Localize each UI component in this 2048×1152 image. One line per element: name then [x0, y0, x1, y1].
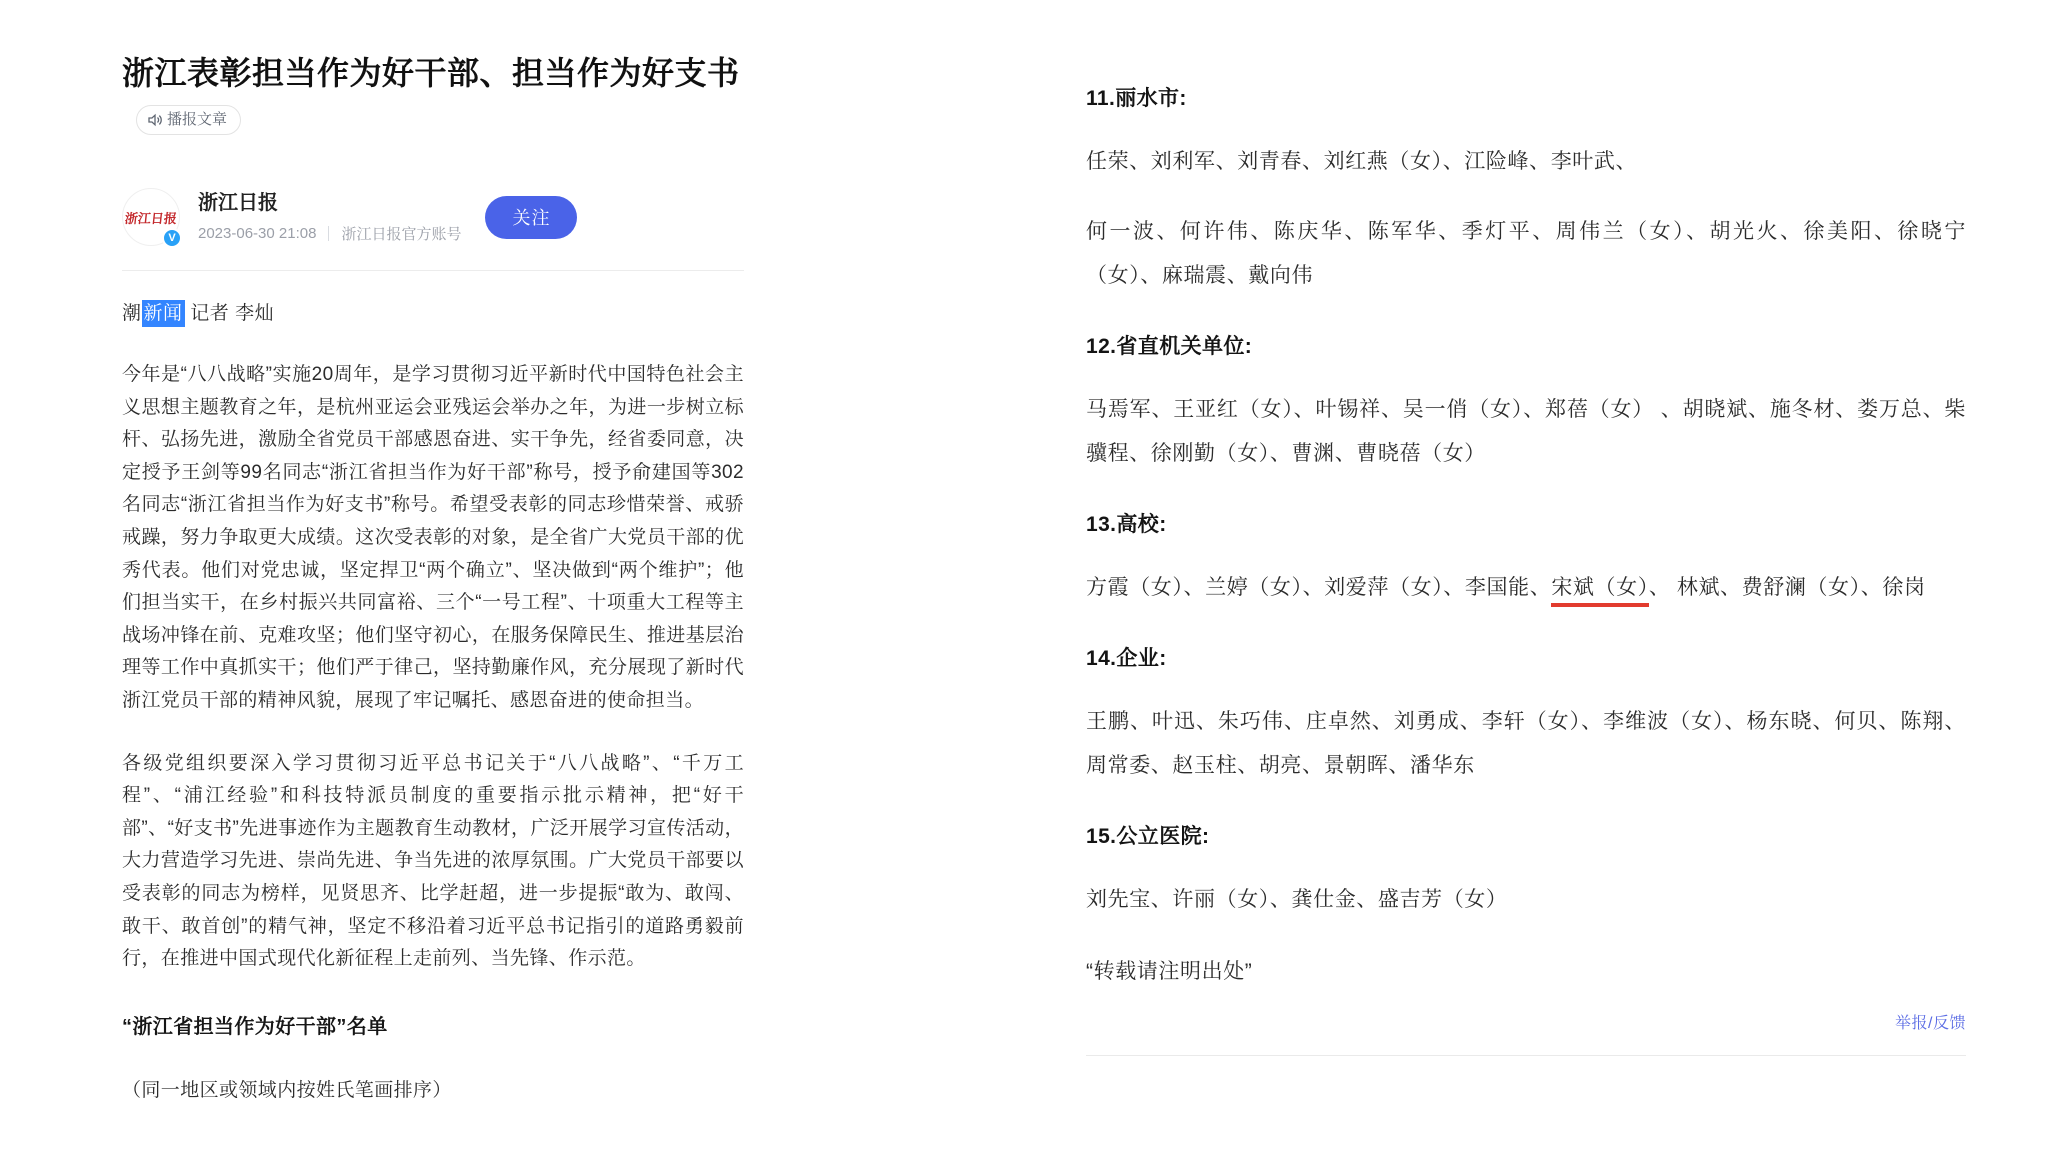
section-heading-enterprises: 14.企业:: [1086, 644, 1966, 674]
list-title: “浙江省担当作为好干部”名单: [122, 1012, 744, 1042]
byline-suffix: 记者 李灿: [185, 303, 275, 324]
meta-divider: [328, 226, 329, 241]
article-main: 浙江表彰担当作为好干部、担当作为好支书播报文章 浙江日报 V 浙江日报 2023…: [122, 48, 744, 1106]
byline: 潮新闻 记者 李灿: [122, 299, 744, 329]
article-end-divider: [1086, 1055, 1966, 1056]
article-paragraph: 各级党组织要深入学习贯彻习近平总书记关于“八八战略”、“千万工程”、“浦江经验”…: [122, 748, 744, 976]
section-heading-provincial-organs: 12.省直机关单位:: [1086, 332, 1966, 362]
names-after-mark: 、 林斌、费舒澜（女）、徐岗: [1649, 576, 1926, 599]
article-page: 浙江表彰担当作为好干部、担当作为好支书播报文章 浙江日报 V 浙江日报 2023…: [0, 0, 2048, 1152]
name-list-column: 11.丽水市: 任荣、刘利军、刘青春、刘红燕（女）、江险峰、李叶武、 何一波、何…: [1086, 84, 1966, 1056]
names-paragraph: 任荣、刘利军、刘青春、刘红燕（女）、江险峰、李叶武、: [1086, 140, 1966, 184]
report-feedback-link[interactable]: 举报/反馈: [1895, 1015, 1966, 1032]
names-paragraph: 马焉军、王亚红（女）、叶锡祥、吴一俏（女）、郑蓓（女） 、胡晓斌、施冬材、娄万总…: [1086, 388, 1966, 476]
speaker-icon: [147, 112, 163, 128]
verified-badge-icon: V: [162, 228, 182, 248]
account-label: 浙江日报官方账号: [341, 223, 461, 244]
follow-button[interactable]: 关注: [485, 196, 577, 239]
section-heading-universities: 13.高校:: [1086, 510, 1966, 540]
header-divider: [122, 270, 744, 271]
publisher-avatar[interactable]: 浙江日报 V: [122, 188, 180, 246]
names-paragraph: 王鹏、叶迅、朱巧伟、庄卓然、刘勇成、李轩（女）、李维波（女）、杨东晓、何贝、陈翔…: [1086, 700, 1966, 788]
article-paragraph: 今年是“八八战略”实施20周年，是学习贯彻习近平新时代中国特色社会主义思想主题教…: [122, 359, 744, 718]
publish-time: 2023-06-30 21:08: [198, 225, 316, 242]
names-paragraph: 方霞（女）、兰婷（女）、刘爱萍（女）、李国能、宋斌（女）、 林斌、费舒澜（女）、…: [1086, 566, 1966, 610]
names-paragraph: 刘先宝、许丽（女）、龚仕金、盛吉芳（女）: [1086, 878, 1966, 922]
reprint-notice: “转载请注明出处”: [1086, 950, 1966, 994]
broadcast-label: 播报文章: [167, 95, 227, 145]
section-heading-public-hospitals: 15.公立医院:: [1086, 822, 1966, 852]
list-sort-note: （同一地区或领域内按姓氏笔画排序）: [122, 1076, 744, 1106]
broadcast-article-button[interactable]: 播报文章: [136, 105, 241, 135]
page-title: 浙江表彰担当作为好干部、担当作为好支书播报文章: [122, 48, 744, 148]
publisher-name[interactable]: 浙江日报: [198, 191, 461, 215]
publisher-logo-text: 浙江日报: [124, 208, 178, 227]
names-before-mark: 方霞（女）、兰婷（女）、刘爱萍（女）、李国能、: [1086, 576, 1551, 599]
red-underlined-name: 宋斌（女）: [1551, 576, 1649, 607]
byline-prefix: 潮: [122, 303, 142, 324]
report-row: 举报/反馈: [1086, 1010, 1966, 1033]
byline-highlighted-text: 新闻: [142, 300, 185, 327]
publisher-meta: 2023-06-30 21:08 浙江日报官方账号: [198, 223, 461, 244]
publisher-row: 浙江日报 V 浙江日报 2023-06-30 21:08 浙江日报官方账号 关注: [122, 188, 744, 246]
section-heading-lishui: 11.丽水市:: [1086, 84, 1966, 114]
names-paragraph: 何一波、何许伟、陈庆华、陈军华、季灯平、周伟兰（女）、胡光火、徐美阳、徐晓宁（女…: [1086, 210, 1966, 298]
page-title-text: 浙江表彰担当作为好干部、担当作为好支书: [122, 55, 740, 91]
publisher-info: 浙江日报 2023-06-30 21:08 浙江日报官方账号: [198, 191, 461, 244]
